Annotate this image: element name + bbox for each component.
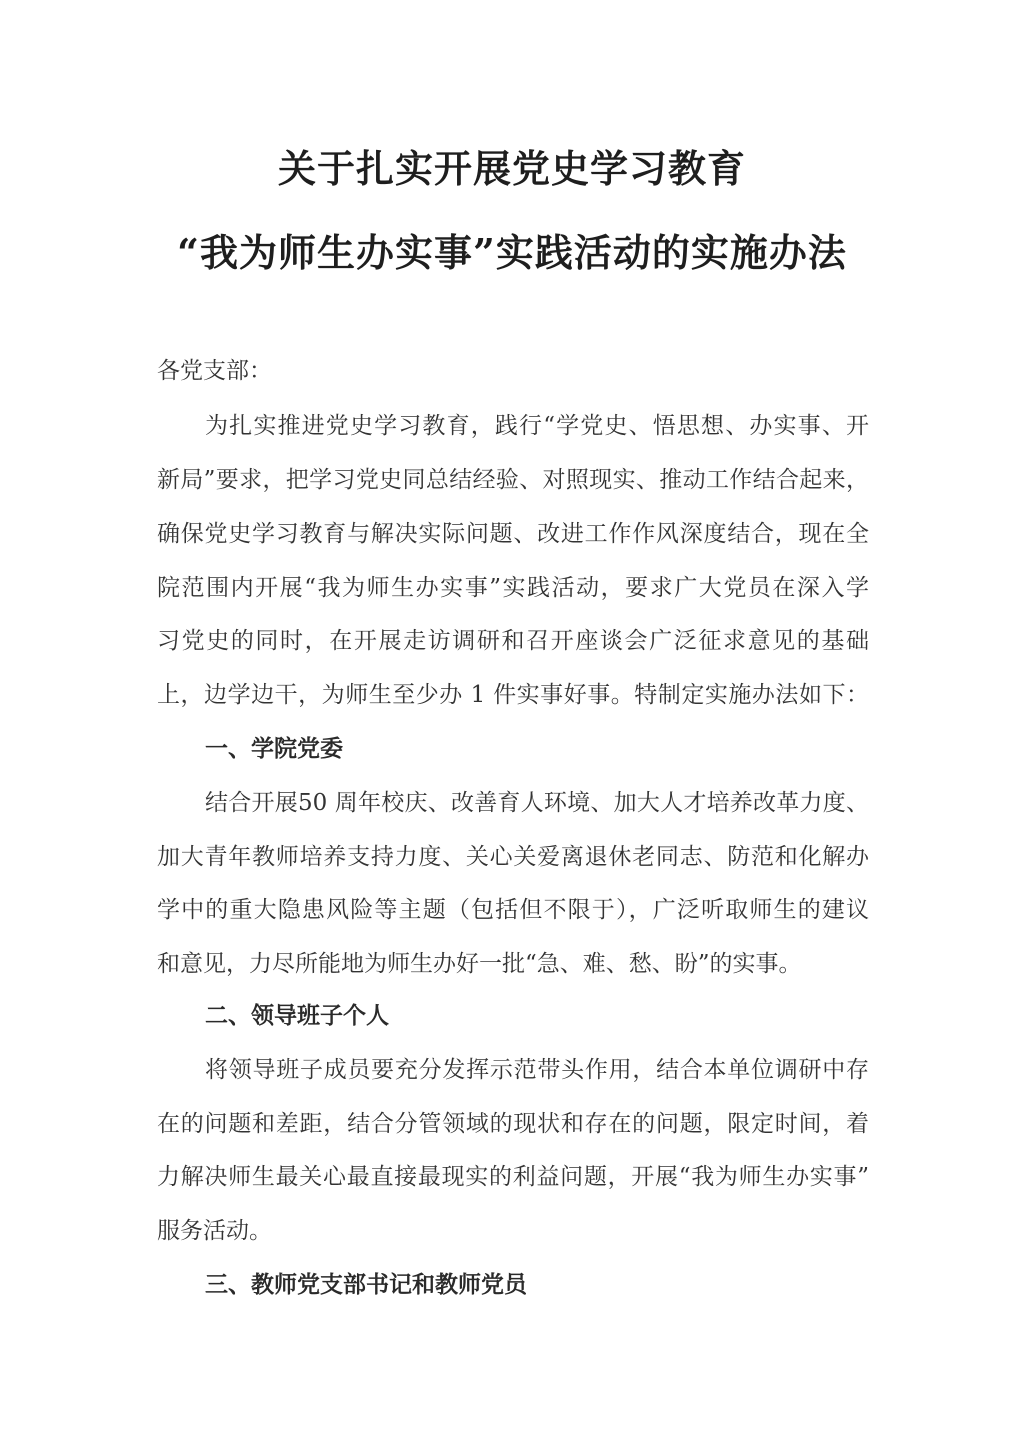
section-1-line: 学中的重大隐患风险等主题（包括但不限于），广泛听取师生的建议: [157, 891, 869, 924]
section-1-line: 和意见，力尽所能地为师生办好一批“急、难、愁、盼”的实事。: [157, 945, 869, 978]
section-heading-2: 二、领导班子个人: [205, 997, 389, 1030]
document-title-line-1: 关于扎实开展党史学习教育: [0, 138, 1024, 193]
salutation: 各党支部：: [157, 352, 869, 385]
section-2-line: 将领导班子成员要充分发挥示范带头作用，结合本单位调研中存: [205, 1051, 869, 1084]
intro-line: 上，边学边干，为师生至少办 1 件实事好事。特制定实施办法如下：: [157, 676, 869, 709]
intro-line: 新局”要求，把学习党史同总结经验、对照现实、推动工作结合起来，: [157, 461, 869, 494]
section-2-line: 在的问题和差距，结合分管领域的现状和存在的问题，限定时间，着: [157, 1105, 869, 1138]
section-2-line: 服务活动。: [157, 1212, 869, 1245]
section-1-line: 加大青年教师培养支持力度、关心关爱离退休老同志、防范和化解办: [157, 838, 869, 871]
section-heading-1: 一、学院党委: [205, 730, 343, 763]
document-title-line-2: “我为师生办实事”实践活动的实施办法: [0, 222, 1024, 277]
intro-line: 确保党史学习教育与解决实际问题、改进工作作风深度结合，现在全: [157, 515, 869, 548]
intro-line: 为扎实推进党史学习教育，践行“学党史、悟思想、办实事、开: [205, 407, 869, 440]
section-heading-3: 三、教师党支部书记和教师党员: [205, 1266, 527, 1299]
section-1-line: 结合开展50 周年校庆、改善育人环境、加大人才培养改革力度、: [205, 784, 869, 817]
intro-line: 院范围内开展“我为师生办实事”实践活动，要求广大党员在深入学: [157, 569, 869, 602]
section-2-line: 力解决师生最关心最直接最现实的利益问题，开展“我为师生办实事”: [157, 1158, 869, 1191]
intro-line: 习党史的同时，在开展走访调研和召开座谈会广泛征求意见的基础: [157, 622, 869, 655]
document-page: 关于扎实开展党史学习教育 “我为师生办实事”实践活动的实施办法 各党支部： 为扎…: [0, 0, 1024, 1448]
